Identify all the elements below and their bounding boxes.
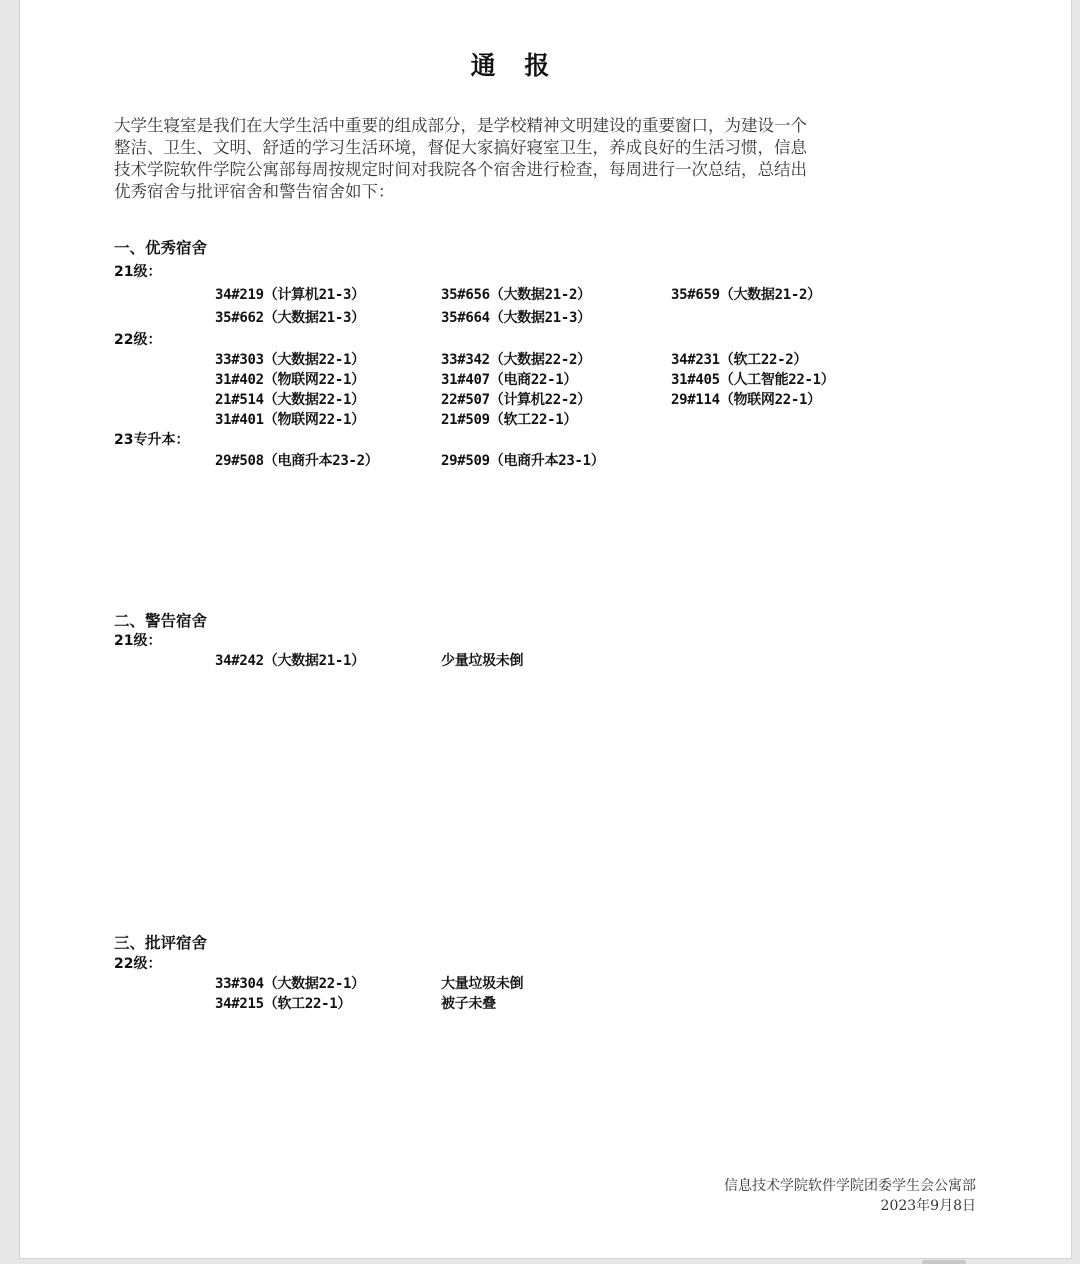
intro-paragraph: 大学生寝室是我们在大学生活中重要的组成部分，是学校精神文明建设的重要窗口，为建设…	[114, 115, 874, 203]
dorm-entry: 31#407（电商22-1）	[441, 369, 577, 389]
group-label-grade21: 21级：	[114, 261, 161, 281]
dorm-entry: 35#664（大数据21-3）	[441, 307, 591, 327]
group-label-grade22: 22级：	[114, 329, 161, 349]
intro-line: 大学生寝室是我们在大学生活中重要的组成部分，是学校精神文明建设的重要窗口，为建设…	[114, 115, 874, 137]
dorm-reason: 被子未叠	[441, 993, 496, 1013]
intro-line: 技术学院软件学院公寓部每周按规定时间对我院各个宿舍进行检查，每周进行一次总结，总…	[114, 159, 874, 181]
intro-line: 整洁、卫生、文明、舒适的学习生活环境，督促大家搞好寝室卫生，养成良好的生活习惯，…	[114, 137, 874, 159]
dorm-entry: 34#219（计算机21-3）	[215, 284, 365, 304]
dorm-entry: 29#509（电商升本23-1）	[441, 450, 605, 470]
group-label-grade22: 22级：	[114, 953, 161, 973]
dorm-entry: 34#215（软工22-1）	[215, 993, 351, 1013]
dorm-entry: 34#242（大数据21-1）	[215, 650, 365, 670]
document-viewer: 通 报 大学生寝室是我们在大学生活中重要的组成部分，是学校精神文明建设的重要窗口…	[0, 0, 1080, 1264]
footer-date: 2023年9月8日	[881, 1195, 976, 1215]
dorm-entry: 33#342（大数据22-2）	[441, 349, 591, 369]
dorm-entry: 33#304（大数据22-1）	[215, 973, 365, 993]
section-heading-warning: 二、警告宿舍	[114, 609, 207, 631]
dorm-entry: 34#231（软工22-2）	[671, 349, 807, 369]
dorm-entry: 29#114（物联网22-1）	[671, 389, 821, 409]
dorm-entry: 21#514（大数据22-1）	[215, 389, 365, 409]
dorm-reason: 少量垃圾未倒	[441, 650, 523, 670]
document-page: 通 报 大学生寝室是我们在大学生活中重要的组成部分，是学校精神文明建设的重要窗口…	[19, 0, 1072, 1259]
dorm-entry: 35#656（大数据21-2）	[441, 284, 591, 304]
dorm-reason: 大量垃圾未倒	[441, 973, 523, 993]
section-heading-excellent: 一、优秀宿舍	[114, 236, 207, 258]
group-label-grade21: 21级：	[114, 630, 161, 650]
dorm-entry: 35#659（大数据21-2）	[671, 284, 821, 304]
dorm-entry: 21#509（软工22-1）	[441, 409, 577, 429]
horizontal-scrollbar-thumb[interactable]	[922, 1260, 966, 1264]
dorm-entry: 31#405（人工智能22-1）	[671, 369, 835, 389]
dorm-entry: 31#402（物联网22-1）	[215, 369, 365, 389]
dorm-entry: 33#303（大数据22-1）	[215, 349, 365, 369]
dorm-entry: 35#662（大数据21-3）	[215, 307, 365, 327]
dorm-entry: 29#508（电商升本23-2）	[215, 450, 379, 470]
dorm-entry: 22#507（计算机22-2）	[441, 389, 591, 409]
group-label-grade23-upgrade: 23专升本：	[114, 429, 189, 449]
footer-organization: 信息技术学院软件学院团委学生会公寓部	[724, 1175, 976, 1195]
section-heading-criticized: 三、批评宿舍	[114, 931, 207, 953]
dorm-entry: 31#401（物联网22-1）	[215, 409, 365, 429]
document-title: 通 报	[20, 46, 1010, 82]
intro-line: 优秀宿舍与批评宿舍和警告宿舍如下：	[114, 181, 874, 203]
